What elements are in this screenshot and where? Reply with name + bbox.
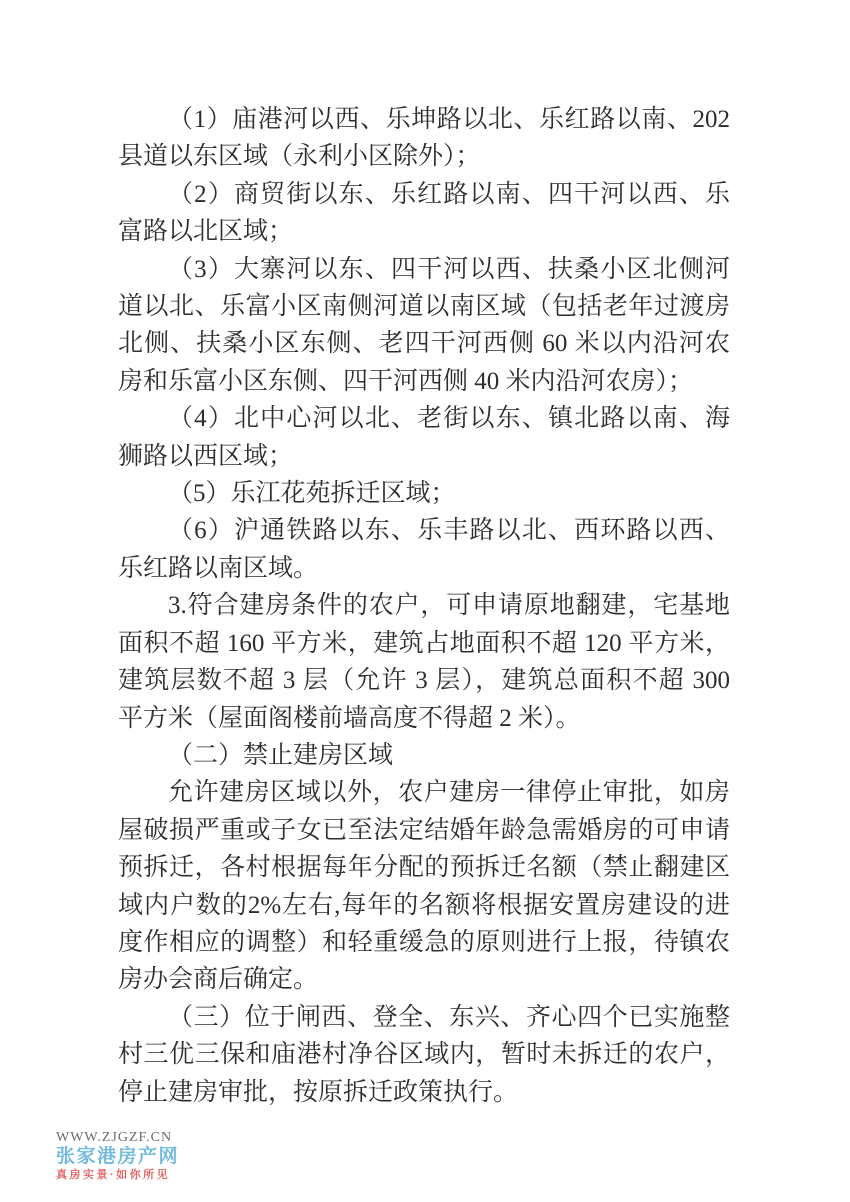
section-heading-forbidden-zone: （二）禁止建房区域 [118, 737, 730, 774]
watermark-slogan: 真房实景·如你所见 [56, 1170, 179, 1181]
paragraph-village-demolition-policy: （三）位于闸西、登全、东兴、齐心四个已实施整村三优三保和庙港村净谷区域内，暂时未… [118, 999, 730, 1111]
watermark: WWW.ZJGZF.CN 张家港房产网 真房实景·如你所见 [56, 1131, 179, 1181]
paragraph-rebuild-conditions: 3.符合建房条件的农户，可申请原地翻建，宅基地面积不超 160 平方米，建筑占地… [118, 587, 730, 737]
paragraph-forbidden-zone-policy: 允许建房区域以外，农户建房一律停止审批，如房屋破损严重或子女已至法定结婚年龄急需… [118, 774, 730, 998]
paragraph-allowed-zone-6: （6）沪通铁路以东、乐丰路以北、西环路以西、乐红路以南区域。 [118, 512, 730, 587]
paragraph-allowed-zone-5: （5）乐江花苑拆迁区域； [118, 475, 730, 512]
paragraph-allowed-zone-2: （2）商贸街以东、乐红路以南、四干河以西、乐富路以北区域； [118, 176, 730, 251]
watermark-site-name: 张家港房产网 [56, 1147, 179, 1166]
watermark-url: WWW.ZJGZF.CN [56, 1131, 179, 1145]
paragraph-allowed-zone-1: （1）庙港河以西、乐坤路以北、乐红路以南、202 县道以东区域（永利小区除外）； [118, 101, 730, 176]
paragraph-allowed-zone-4: （4）北中心河以北、老街以东、镇北路以南、海狮路以西区域； [118, 400, 730, 475]
paragraph-allowed-zone-3: （3）大寨河以东、四干河以西、扶桑小区北侧河道以北、乐富小区南侧河道以南区域（包… [118, 251, 730, 401]
document-page: （1）庙港河以西、乐坤路以北、乐红路以南、202 县道以东区域（永利小区除外）；… [0, 0, 850, 1202]
document-body: （1）庙港河以西、乐坤路以北、乐红路以南、202 县道以东区域（永利小区除外）；… [118, 101, 730, 1111]
